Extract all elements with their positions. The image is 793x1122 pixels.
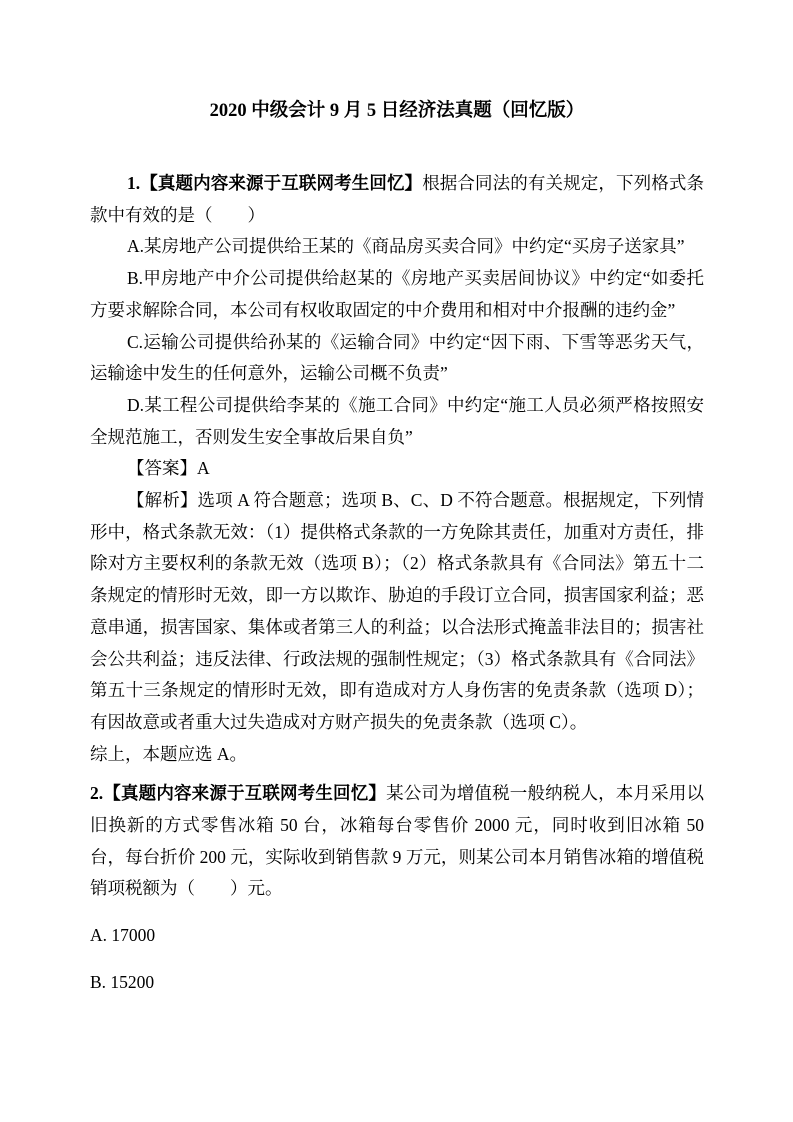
document-title: 2020 中级会计 9 月 5 日经济法真题（回忆版） xyxy=(90,98,704,124)
content-area: 2020 中级会计 9 月 5 日经济法真题（回忆版） 1.【真题内容来源于互联… xyxy=(90,0,704,999)
question-2-source-tag: 2.【真题内容来源于互联网考生回忆】 xyxy=(90,783,386,803)
document-page: 2020 中级会计 9 月 5 日经济法真题（回忆版） 1.【真题内容来源于互联… xyxy=(0,0,793,1122)
question-2-option-a: A. 17000 xyxy=(90,920,704,952)
question-1-source-tag: 1.【真题内容来源于互联网考生回忆】 xyxy=(127,173,422,193)
question-1-option-c: C.运输公司提供给孙某的《运输合同》中约定“因下雨、下雪等恶劣天气，运输途中发生… xyxy=(90,327,704,390)
question-1-stem: 1.【真题内容来源于互联网考生回忆】根据合同法的有关规定，下列格式条款中有效的是… xyxy=(90,168,704,231)
question-2-stem: 2.【真题内容来源于互联网考生回忆】某公司为增值税一般纳税人，本月采用以旧换新的… xyxy=(90,778,704,905)
question-1-option-a: A.某房地产公司提供给王某的《商品房买卖合同》中约定“买房子送家具” xyxy=(90,231,704,263)
question-1-analysis: 【解析】选项 A 符合题意；选项 B、C、D 不符合题意。根据规定，下列情形中，… xyxy=(90,485,704,739)
question-1-conclusion: 综上，本题应选 A。 xyxy=(90,739,704,771)
question-1-option-b: B.甲房地产中介公司提供给赵某的《房地产买卖居间协议》中约定“如委托方要求解除合… xyxy=(90,263,704,326)
question-1-option-d: D.某工程公司提供给李某的《施工合同》中约定“施工人员必须严格按照安全规范施工，… xyxy=(90,390,704,453)
question-1-section: 1.【真题内容来源于互联网考生回忆】根据合同法的有关规定，下列格式条款中有效的是… xyxy=(90,168,704,770)
question-2-option-b: B. 15200 xyxy=(90,967,704,999)
question-2-section: 2.【真题内容来源于互联网考生回忆】某公司为增值税一般纳税人，本月采用以旧换新的… xyxy=(90,778,704,998)
question-1-answer-line: 【答案】A xyxy=(90,453,704,485)
